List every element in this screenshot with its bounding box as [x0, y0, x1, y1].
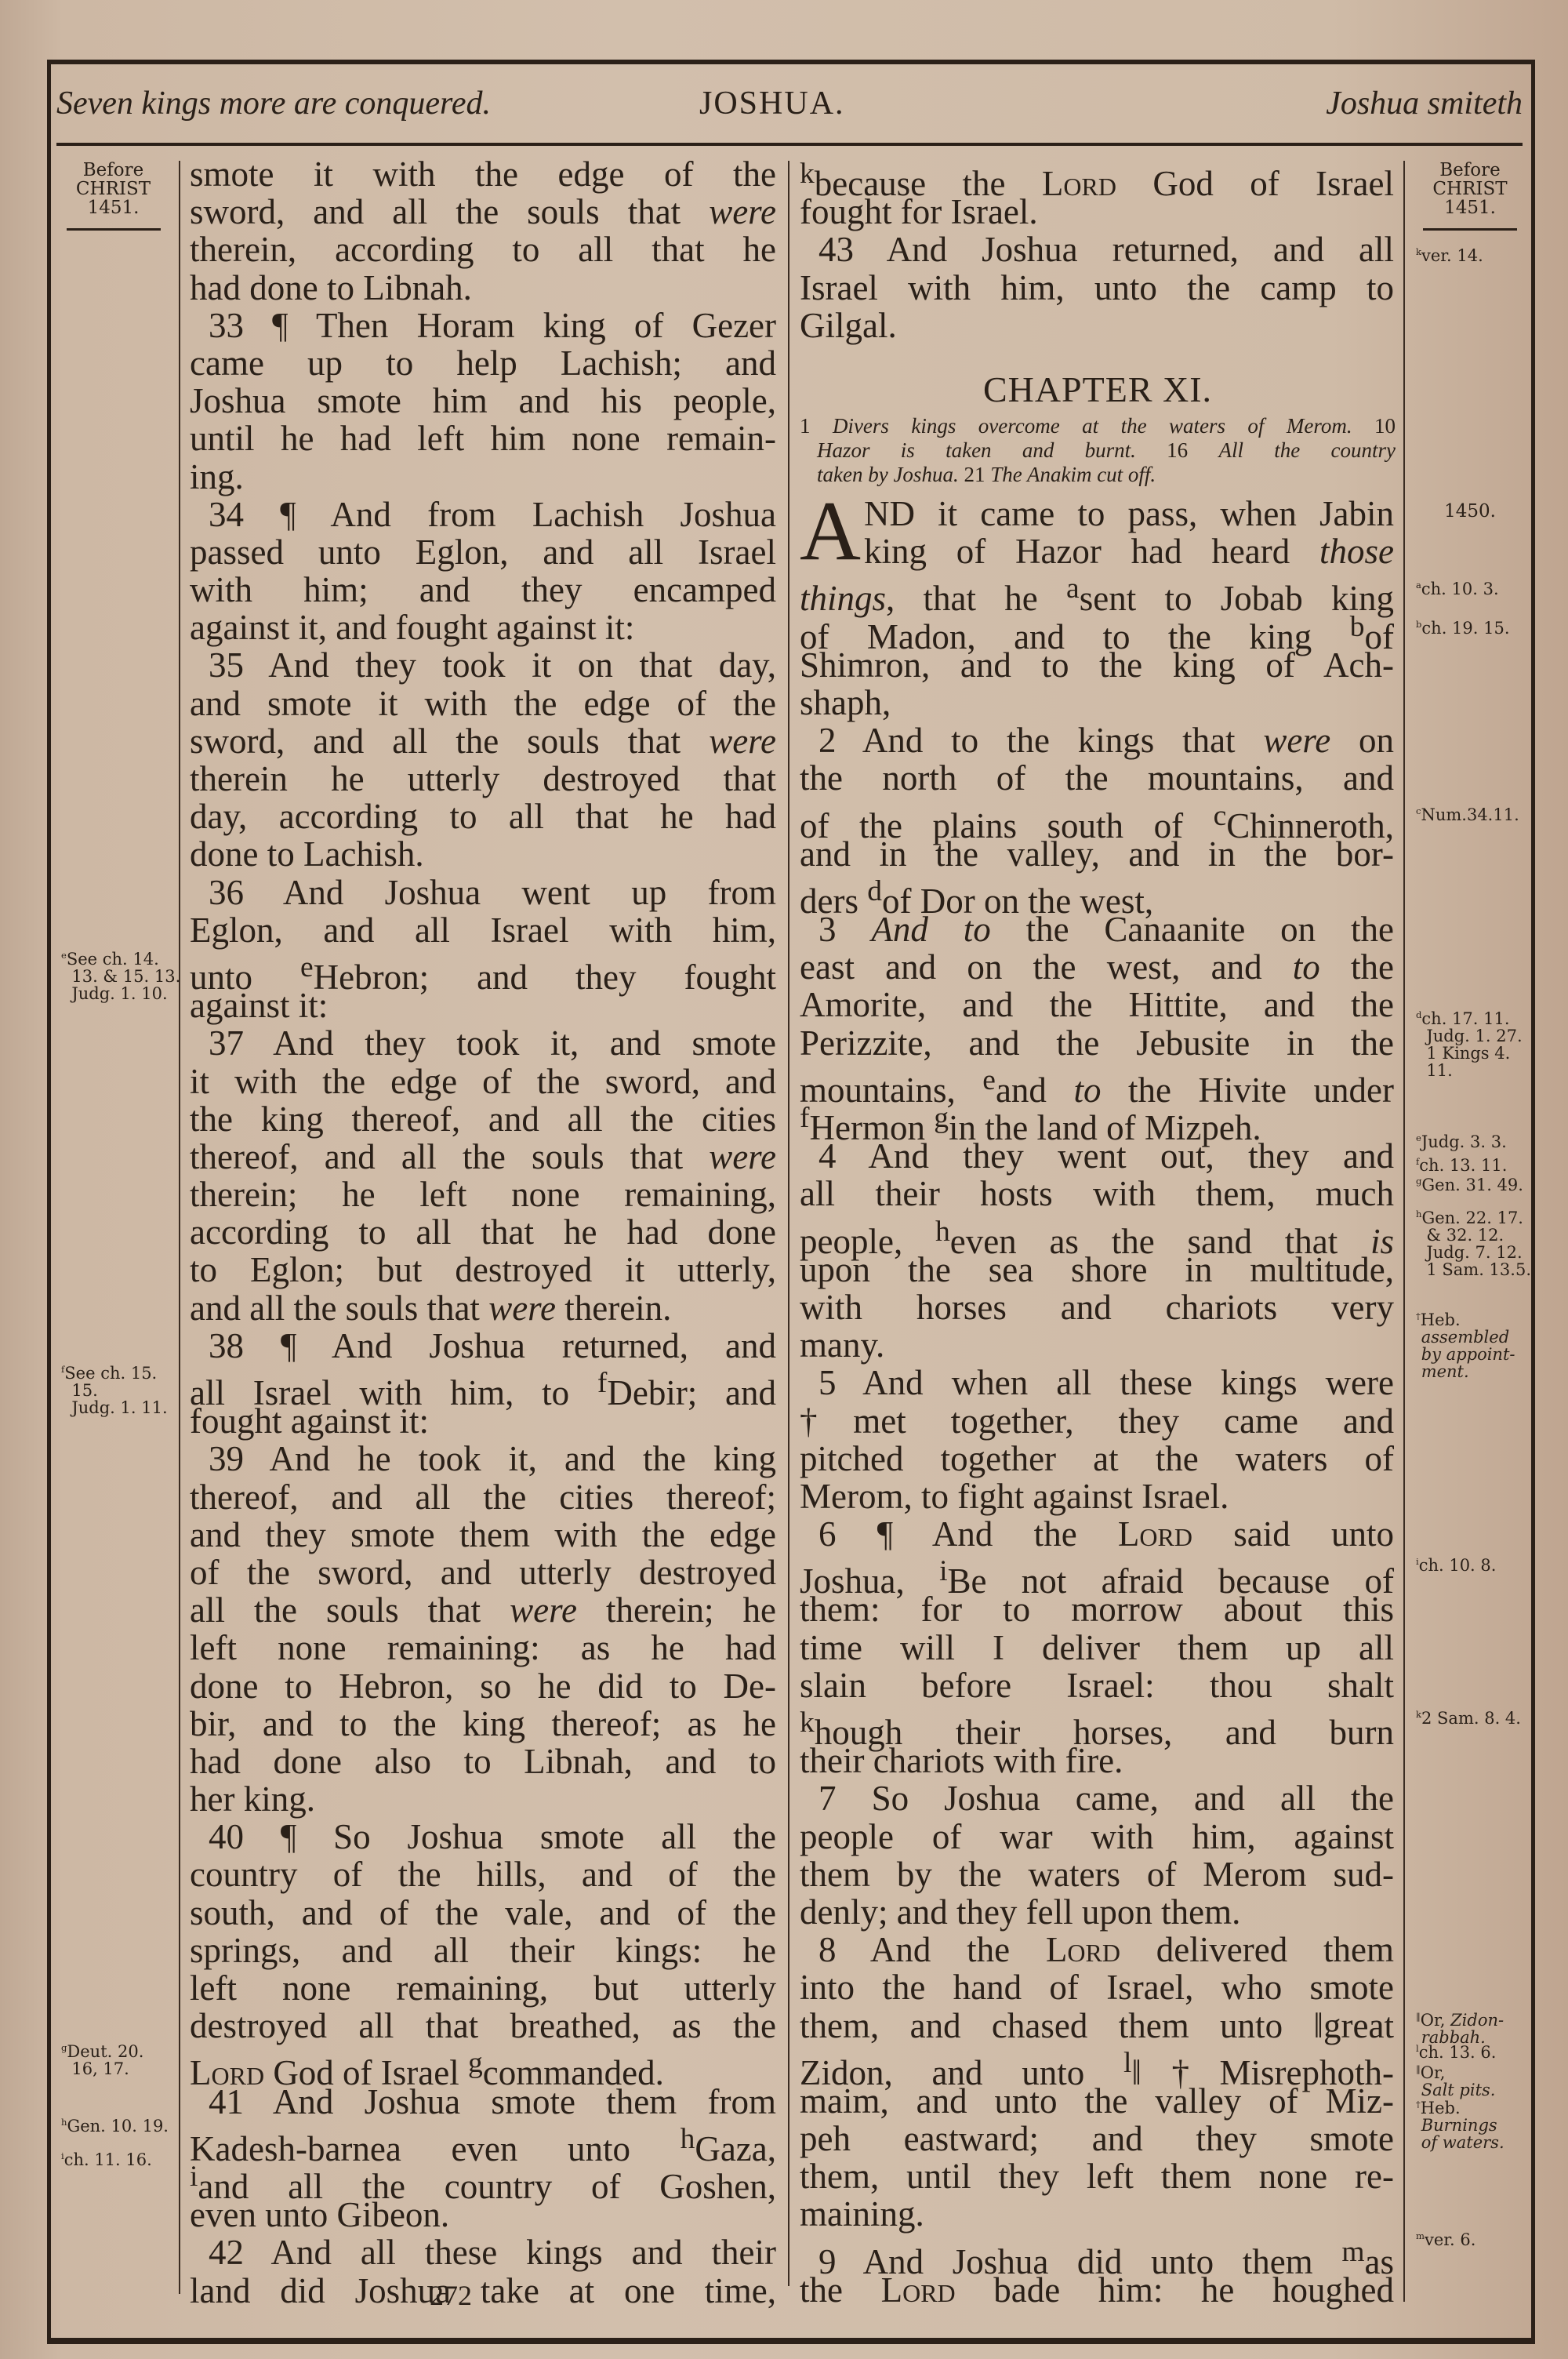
text-line: kbecause the Lord God of Israel	[800, 155, 1394, 193]
text-line: done to Lachish.	[190, 835, 776, 873]
text-line: left none remaining, but utterly	[190, 1969, 776, 2007]
margin-reference: mver. 6.	[1416, 2231, 1475, 2248]
margin-reference: gGen. 31. 49.	[1416, 1176, 1523, 1194]
summary-line: 1 Divers kings overcome at the waters of…	[800, 414, 1396, 438]
text-line: Kadesh-barnea even unto hGaza,	[190, 2121, 776, 2158]
text-line: of Madon, and to the king bof	[800, 609, 1394, 646]
text-line: 7 So Joshua came, and all the	[800, 1779, 1394, 1817]
text-line: Merom, to fight against Israel.	[800, 1478, 1394, 1515]
margin-reference: †Heb. Burnings of waters.	[1416, 2099, 1504, 2151]
text-line: Perizzite, and the Jebusite in the	[800, 1024, 1394, 1062]
margin-reference: hGen. 22. 17. & 32. 12. Judg. 7. 12. 1 S…	[1416, 1209, 1531, 1278]
text-line: according to all that he had done	[190, 1213, 776, 1251]
right-margin: Before CHRIST 1451.	[1415, 161, 1525, 231]
date-before: Before	[56, 161, 170, 180]
text-line: land did Joshua take at one time,	[190, 2272, 776, 2310]
text-line: bir, and to the king thereof; as he	[190, 1705, 776, 1743]
text-line: and they smote them with the edge	[190, 1516, 776, 1554]
date-rule	[67, 228, 161, 231]
text-line: 40 ¶ So Joshua smote all the	[190, 1818, 776, 1856]
margin-reference: †Heb. assembled by appoint- ment.	[1416, 1311, 1515, 1380]
text-line: 8 And the Lord delivered them	[800, 1931, 1394, 1968]
bible-page: Seven kings more are conquered. JOSHUA. …	[0, 0, 1568, 2359]
date-year: 1451.	[1415, 198, 1525, 217]
margin-reference: ach. 10. 3.	[1416, 580, 1499, 598]
text-line: passed unto Eglon, and all Israel	[190, 533, 776, 571]
running-title-left: Seven kings more are conquered.	[56, 85, 491, 122]
text-line: many.	[800, 1326, 1394, 1364]
text-line: Joshua, iBe not afraid because of	[800, 1553, 1394, 1590]
text-line: sword, and all the souls that were	[190, 722, 776, 760]
text-line: with horses and chariots very	[800, 1289, 1394, 1326]
text-line: and all the souls that were therein.	[190, 1289, 776, 1327]
margin-reference: gDeut. 20. 16, 17.	[61, 2043, 143, 2077]
date-year-1450: 1450.	[1415, 502, 1525, 521]
chapter-summary: 1 Divers kings overcome at the waters of…	[800, 414, 1396, 487]
text-line: 9 And Joshua did unto them mas	[800, 2234, 1394, 2271]
text-line: of the plains south of cChinneroth,	[800, 798, 1394, 835]
left-margin-divider	[179, 161, 180, 2294]
text-line: it with the edge of the sword, and	[190, 1063, 776, 1100]
left-text-column: smote it with the edge of thesword, and …	[190, 155, 776, 2310]
text-line: 34 ¶ And from Lachish Joshua	[190, 496, 776, 533]
text-line: ND it came to pass, when Jabin	[800, 495, 1394, 533]
text-line: 37 And they took it, and smote	[190, 1024, 776, 1062]
margin-reference: k2 Sam. 8. 4.	[1416, 1710, 1521, 1727]
text-line: the north of the mountains, and	[800, 759, 1394, 797]
text-line: and in the valley, and in the bor-	[800, 835, 1394, 873]
summary-line: Hazor is taken and burnt. 16 All the cou…	[800, 438, 1396, 463]
bottom-rule	[47, 2339, 1535, 2344]
right-date-label: Before CHRIST 1451.	[1415, 161, 1525, 217]
text-line: them by the waters of Merom sud-	[800, 1856, 1394, 1893]
margin-reference: eJudg. 3. 3.	[1416, 1133, 1507, 1150]
summary-line: taken by Joshua. 21 The Anakim cut off.	[800, 463, 1396, 487]
margin-reference: cNum.34.11.	[1416, 806, 1519, 823]
margin-reference: fSee ch. 15. 15. Judg. 1. 11.	[61, 1365, 168, 1416]
text-line: springs, and all their kings: he	[190, 1932, 776, 1969]
text-line: her king.	[190, 1780, 776, 1818]
text-line: king of Hazor had heard those	[800, 533, 1394, 570]
text-line: them, until they left them none re-	[800, 2157, 1394, 2195]
text-line: day, according to all that he had	[190, 798, 776, 835]
text-line: of the sword, and utterly destroyed	[190, 1554, 776, 1591]
text-line: 35 And they took it on that day,	[190, 646, 776, 684]
right-margin-year-1450: 1450.	[1415, 502, 1525, 521]
chapter-heading: CHAPTER XI.	[800, 369, 1396, 410]
text-line: Joshua smote him and his people,	[190, 382, 776, 420]
text-line: slain before Israel: thou shalt	[800, 1667, 1394, 1704]
text-line: upon the sea shore in multitude,	[800, 1251, 1394, 1289]
margin-reference: ‖Or, Salt pits.	[1416, 2064, 1495, 2099]
text-line: Gilgal.	[800, 307, 1394, 344]
text-line: therein; he left none remaining,	[190, 1176, 776, 1213]
text-line: until he had left him none remain-	[190, 420, 776, 457]
text-line: maining.	[800, 2195, 1394, 2233]
text-line: the king thereof, and all the cities	[190, 1100, 776, 1138]
text-line: ing.	[190, 458, 776, 496]
text-line: maim, and unto the valley of Miz-	[800, 2082, 1394, 2120]
text-line: thereof, and all the cities thereof;	[190, 1478, 776, 1516]
text-line: all their hosts with them, much	[800, 1175, 1394, 1212]
date-rule	[1423, 228, 1517, 231]
text-line: 42 And all these kings and their	[190, 2234, 776, 2271]
right-text-column-top: kbecause the Lord God of Israelfought fo…	[800, 155, 1394, 344]
text-line: Israel with him, unto the camp to	[800, 269, 1394, 307]
text-line: all the souls that were therein; he	[190, 1591, 776, 1629]
text-line: things, that he asent to Jobab king	[800, 570, 1394, 608]
text-line: 6 ¶ And the Lord said unto	[800, 1515, 1394, 1553]
text-line: time will I deliver them up all	[800, 1629, 1394, 1667]
running-header: Seven kings more are conquered. JOSHUA. …	[56, 78, 1523, 133]
text-line: mountains, eand to the Hivite under	[800, 1062, 1394, 1100]
text-line: people, heven as the sand that is	[800, 1213, 1394, 1251]
text-line: 36 And Joshua went up from	[190, 874, 776, 911]
right-margin-divider	[1403, 161, 1405, 2302]
text-line: smote it with the edge of the	[190, 155, 776, 193]
text-line: 39 And he took it, and the king	[190, 1440, 776, 1478]
margin-reference: bch. 19. 15.	[1416, 620, 1510, 637]
text-line: into the hand of Israel, who smote	[800, 1968, 1394, 2006]
text-line: ders dof Dor on the west,	[800, 873, 1394, 911]
text-line: †met together, they came and	[800, 1402, 1394, 1440]
text-line: denly; and they fell upon them.	[800, 1893, 1394, 1931]
margin-reference: kver. 14.	[1416, 247, 1483, 264]
date-christ: CHRIST	[1415, 180, 1525, 198]
text-line: to Eglon; but destroyed it utterly,	[190, 1251, 776, 1289]
text-line: peh eastward; and they smote	[800, 2120, 1394, 2157]
text-line: Shimron, and to the king of Ach-	[800, 646, 1394, 684]
text-line: Zidon, and unto l‖†Misrephoth-	[800, 2045, 1394, 2082]
text-line: 4 And they went out, they and	[800, 1137, 1394, 1175]
right-text-column-main: ND it came to pass, when Jabinking of Ha…	[800, 495, 1394, 2309]
text-line: came up to help Lachish; and	[190, 344, 776, 382]
date-year: 1451.	[56, 198, 170, 217]
text-line: 3 And to the Canaanite on the	[800, 911, 1394, 948]
text-line: 33 ¶ Then Horam king of Gezer	[190, 307, 776, 344]
text-line: with him; and they encamped	[190, 571, 776, 609]
margin-reference: lch. 13. 6.	[1416, 2044, 1496, 2061]
date-before: Before	[1415, 161, 1525, 180]
page-number: 272	[430, 2279, 472, 2312]
text-line: thereof, and all the souls that were	[190, 1138, 776, 1176]
text-line: unto eHebron; and they fought	[190, 949, 776, 987]
text-line: 5 And when all these kings were	[800, 1364, 1394, 1401]
text-line: therein he utterly destroyed that	[190, 760, 776, 798]
margin-reference: ich. 11. 16.	[61, 2151, 152, 2168]
text-line: had done also to Libnah, and to	[190, 1743, 776, 1780]
text-line: east and on the west, and to the	[800, 948, 1394, 986]
text-line: the Lord bade him: he houghed	[800, 2271, 1394, 2309]
text-line: khough their horses, and burn	[800, 1704, 1394, 1742]
text-line: had done to Libnah.	[190, 269, 776, 307]
text-line: therein, according to all that he	[190, 231, 776, 268]
center-column-divider	[788, 161, 789, 2286]
text-line: Amorite, and the Hittite, and the	[800, 986, 1394, 1023]
text-line: them, and chased them unto ‖great	[800, 2007, 1394, 2045]
left-margin: Before CHRIST 1451.	[56, 161, 170, 231]
running-title-right: Joshua smiteth	[1326, 85, 1523, 122]
text-line: shaph,	[800, 684, 1394, 722]
margin-reference: fch. 13. 11.	[1416, 1157, 1507, 1174]
text-line: pitched together at the waters of	[800, 1440, 1394, 1478]
text-line: left none remaining: as he had	[190, 1629, 776, 1667]
text-line: them: for to morrow about this	[800, 1590, 1394, 1628]
text-line: 41 And Joshua smote them from	[190, 2083, 776, 2121]
text-line: Lord God of Israel gcommanded.	[190, 2045, 776, 2082]
text-line: iand all the country of Goshen,	[190, 2158, 776, 2196]
margin-reference: ich. 10. 8.	[1416, 1557, 1496, 1574]
margin-reference: ‖Or, Zidon- rabbah.	[1416, 2012, 1504, 2046]
text-line: all Israel with him, to fDebir; and	[190, 1365, 776, 1402]
text-line: Eglon, and all Israel with him,	[190, 911, 776, 949]
book-title: JOSHUA.	[699, 85, 845, 122]
left-date-label: Before CHRIST 1451.	[56, 161, 170, 217]
text-line: 38 ¶ And Joshua returned, and	[190, 1327, 776, 1365]
text-line: 43 And Joshua returned, and all	[800, 231, 1394, 268]
margin-reference: dch. 17. 11. Judg. 1. 27. 1 Kings 4. 11.	[1416, 1010, 1523, 1079]
text-line: and smote it with the edge of the	[190, 685, 776, 722]
header-rule	[56, 143, 1523, 146]
date-christ: CHRIST	[56, 180, 170, 198]
margin-reference: eSee ch. 14. 13. & 15. 13. Judg. 1. 10.	[61, 951, 180, 1002]
text-line: destroyed all that breathed, as the	[190, 2007, 776, 2045]
text-line: people of war with him, against	[800, 1818, 1394, 1856]
text-line: country of the hills, and of the	[190, 1856, 776, 1893]
text-line: 2 And to the kings that were on	[800, 722, 1394, 759]
text-line: against it, and fought against it:	[190, 609, 776, 646]
text-line: sword, and all the souls that were	[190, 193, 776, 231]
text-line: done to Hebron, so he did to De-	[190, 1667, 776, 1705]
text-line: south, and of the vale, and of the	[190, 1894, 776, 1932]
margin-reference: hGen. 10. 19.	[61, 2117, 169, 2135]
